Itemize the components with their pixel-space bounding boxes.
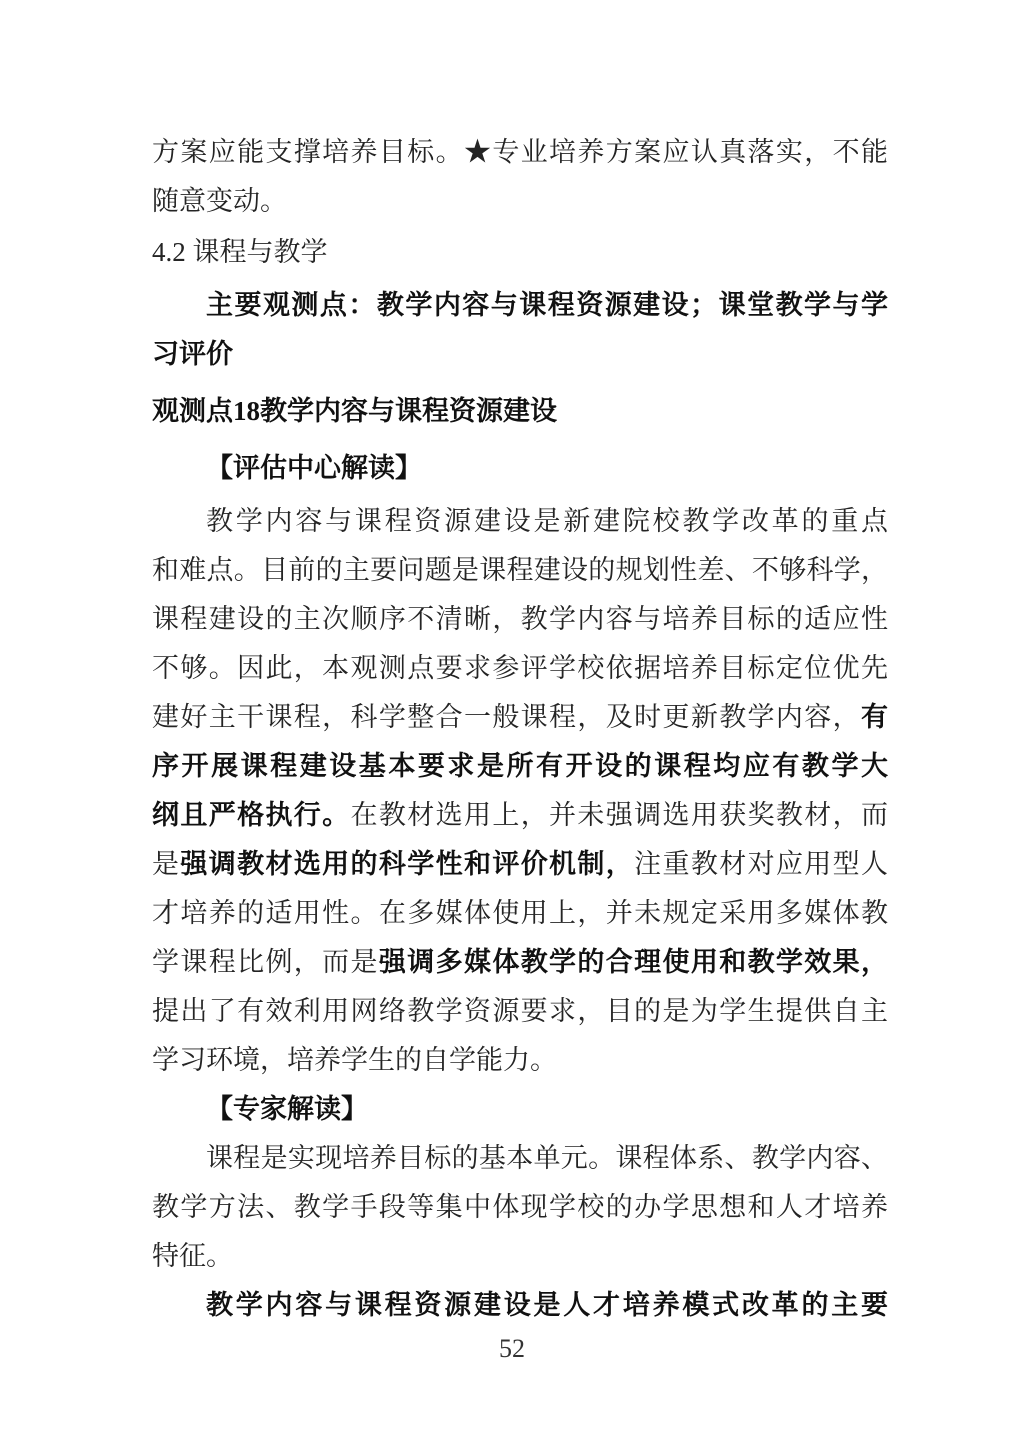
text-line: 教学方法、教学手段等集中体现学校的办学思想和人才培养 <box>152 1183 888 1232</box>
text-run: 提出了有效利用网络教学资源要求，目的是为学生提供自主 <box>152 996 888 1026</box>
text-line: 课程建设的主次顺序不清晰，教学内容与培养目标的适应性 <box>152 595 888 644</box>
text-line: 和难点。目前的主要问题是课程建设的规划性差、不够科学， <box>152 546 888 595</box>
bold-text-run: 纲且严格执行。 <box>152 800 351 830</box>
bold-text-run: 主要观测点：教学内容与课程资源建设；课堂教学与学 <box>206 290 888 320</box>
bold-text-run: 强调教材选用的科学性和评价机制， <box>180 849 634 879</box>
text-run: 4.2 课程与教学 <box>152 237 328 267</box>
text-line: 不够。因此，本观测点要求参评学校依据培养目标定位优先 <box>152 644 888 693</box>
bold-text-run: 教学内容与课程资源建设是人才培养模式改革的主要 <box>206 1290 888 1320</box>
text-run: 教学内容与课程资源建设是新建院校教学改革的重点 <box>206 506 888 536</box>
text-line: 特征。 <box>152 1232 888 1281</box>
bold-text-run: 【评估中心解读】 <box>206 453 422 483</box>
text-line: 随意变动。 <box>152 177 888 226</box>
bold-text-run: 习评价 <box>152 339 233 369</box>
heading-section-4-2: 4.2 课程与教学 <box>152 228 888 277</box>
text-line: 建好主干课程，科学整合一般课程，及时更新教学内容，有 <box>152 693 888 742</box>
bold-text-run: 序开展课程建设基本要求是所有开设的课程均应有教学大 <box>152 751 888 781</box>
bold-text-run: 【专家解读】 <box>206 1094 368 1124</box>
text-line: 学课程比例，而是强调多媒体教学的合理使用和教学效果， <box>152 938 888 987</box>
bold-text-run: 强调多媒体教学的合理使用和教学效果， <box>379 947 888 977</box>
text-line: 提出了有效利用网络教学资源要求，目的是为学生提供自主 <box>152 987 888 1036</box>
text-run: 特征。 <box>152 1241 233 1271</box>
bold-text-run: 观测点18教学内容与课程资源建设 <box>152 396 557 426</box>
text-run: 方案应能支撑培养目标。★专业培养方案应认真落实，不能 <box>152 137 888 167</box>
text-run: 随意变动。 <box>152 186 287 216</box>
text-line: 课程是实现培养目标的基本单元。课程体系、教学内容、 <box>152 1134 888 1183</box>
text-block: 方案应能支撑培养目标。★专业培养方案应认真落实，不能随意变动。4.2 课程与教学… <box>152 128 888 1330</box>
text-run: 是 <box>152 849 180 879</box>
text-line: 纲且严格执行。在教材选用上，并未强调选用获奖教材，而 <box>152 791 888 840</box>
label-assessment-center-interpretation: 【评估中心解读】 <box>152 444 888 493</box>
observation-points-summary-line: 主要观测点：教学内容与课程资源建设；课堂教学与学 <box>152 281 888 330</box>
text-line: 是强调教材选用的科学性和评价机制，注重教材对应用型人 <box>152 840 888 889</box>
text-line: 才培养的适用性。在多媒体使用上，并未规定采用多媒体教 <box>152 889 888 938</box>
text-run: 课程是实现培养目标的基本单元。课程体系、教学内容、 <box>206 1143 888 1173</box>
text-run: 建好主干课程，科学整合一般课程，及时更新教学内容， <box>152 702 861 732</box>
text-run: 注重教材对应用型人 <box>634 849 888 879</box>
text-run: 学习环境，培养学生的自学能力。 <box>152 1045 557 1075</box>
text-line: 教学内容与课程资源建设是新建院校教学改革的重点 <box>152 497 888 546</box>
observation-points-summary-line: 习评价 <box>152 330 888 379</box>
text-run: 和难点。目前的主要问题是课程建设的规划性差、不够科学， <box>152 555 888 585</box>
text-run: 不够。因此，本观测点要求参评学校依据培养目标定位优先 <box>152 653 888 683</box>
document-page: 方案应能支撑培养目标。★专业培养方案应认真落实，不能随意变动。4.2 课程与教学… <box>0 0 1024 1448</box>
page-number: 52 <box>0 1334 1024 1364</box>
text-run: 课程建设的主次顺序不清晰，教学内容与培养目标的适应性 <box>152 604 888 634</box>
text-line: 学习环境，培养学生的自学能力。 <box>152 1036 888 1085</box>
text-line: 序开展课程建设基本要求是所有开设的课程均应有教学大 <box>152 742 888 791</box>
text-run: 教学方法、教学手段等集中体现学校的办学思想和人才培养 <box>152 1192 888 1222</box>
text-run: 学课程比例，而是 <box>152 947 379 977</box>
bold-text-run: 有 <box>861 702 888 732</box>
text-line: 方案应能支撑培养目标。★专业培养方案应认真落实，不能 <box>152 128 888 177</box>
label-expert-interpretation: 【专家解读】 <box>152 1085 888 1134</box>
text-run: 才培养的适用性。在多媒体使用上，并未规定采用多媒体教 <box>152 898 888 928</box>
text-line: 教学内容与课程资源建设是人才培养模式改革的主要 <box>152 1281 888 1330</box>
heading-observation-point-18: 观测点18教学内容与课程资源建设 <box>152 387 888 436</box>
text-run: 在教材选用上，并未强调选用获奖教材，而 <box>351 800 888 830</box>
